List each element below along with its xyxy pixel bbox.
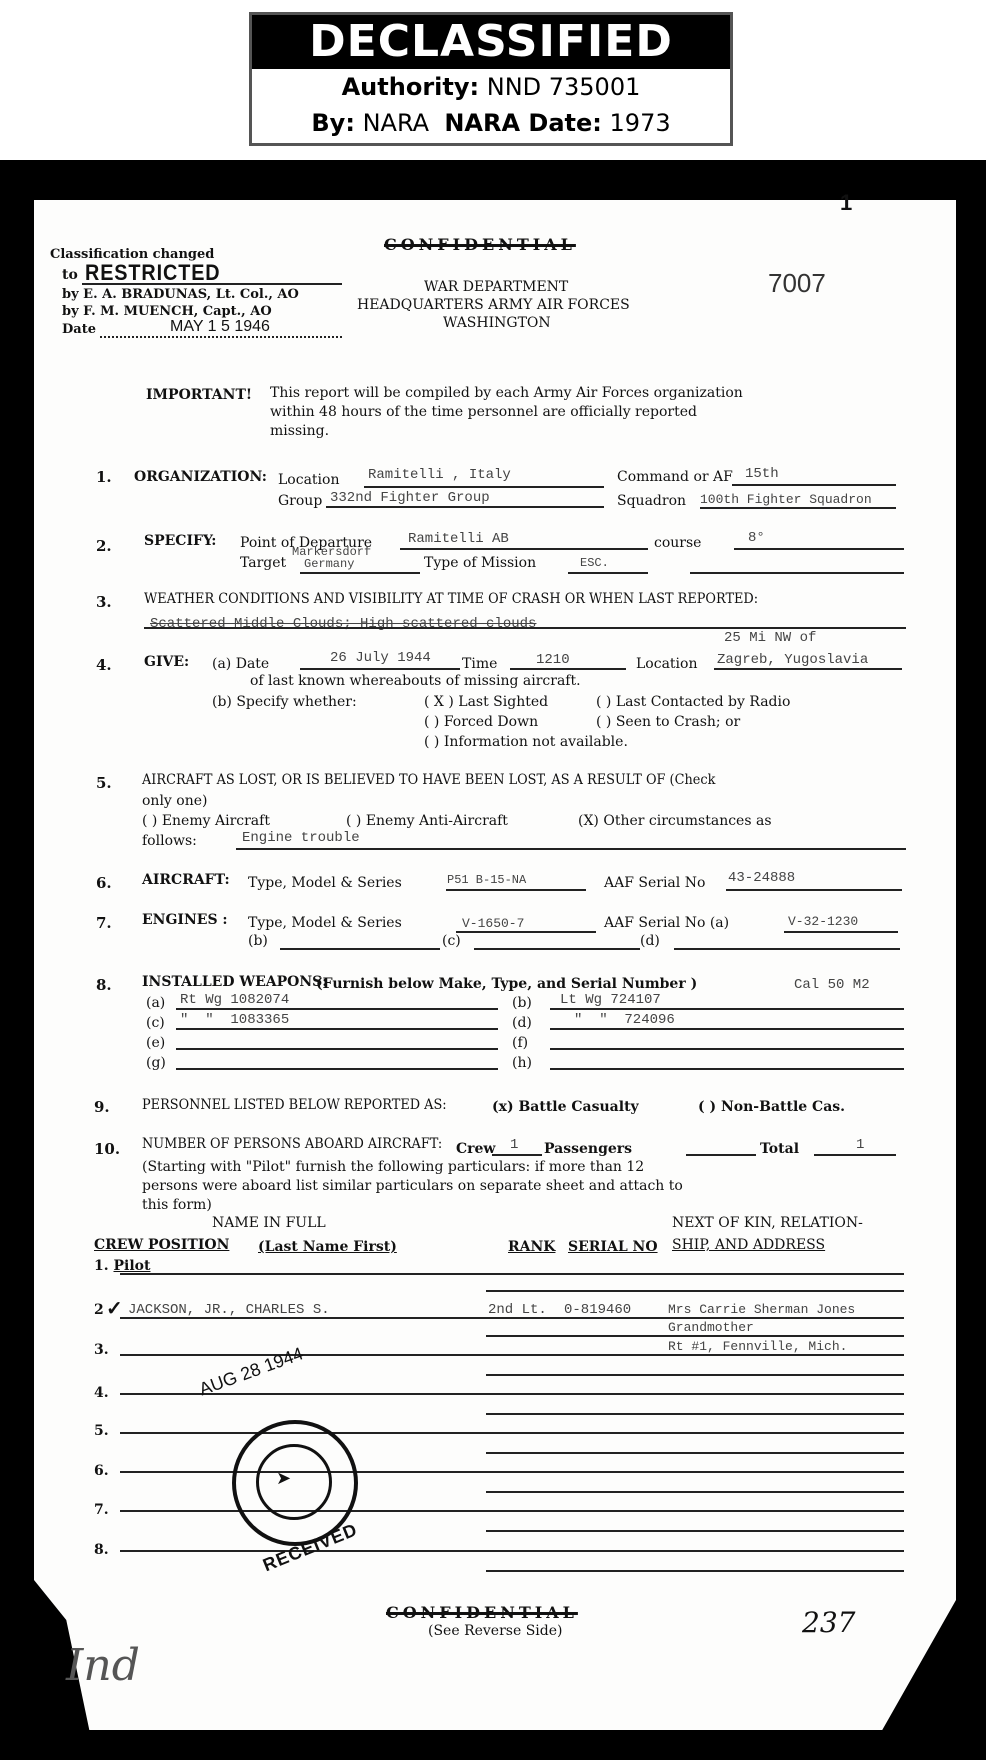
section-3-label: WEATHER CONDITIONS AND VISIBILITY AT TIM… xyxy=(144,590,758,608)
engine-type-field: V-1650-7 xyxy=(462,916,524,931)
section-5-label: AIRCRAFT AS LOST, OR IS BELIEVED TO HAVE… xyxy=(142,771,715,789)
corner-mark: 1 xyxy=(840,190,852,216)
section-5-number: 5. xyxy=(96,774,112,792)
opt-seen-crash[interactable]: ( ) Seen to Crash; or xyxy=(596,713,740,731)
crew-row-6-number: 6. xyxy=(94,1462,109,1480)
reclass-by1: by E. A. BRADUNAS, Lt. Col., AO xyxy=(62,286,299,304)
important-text-3: missing. xyxy=(270,422,329,440)
whereabouts-text: of last known whereabouts of missing air… xyxy=(250,672,581,690)
weapon-slot-a: (a) xyxy=(146,994,165,1012)
header-kin-top: NEXT OF KIN, RELATION- xyxy=(672,1214,863,1232)
weapon-slot-f: (f) xyxy=(512,1034,528,1052)
reclass-date-label: Date xyxy=(62,321,96,339)
target-label: Target xyxy=(240,554,286,572)
weapon-slot-h: (h) xyxy=(512,1054,532,1072)
weapons-instruction: (Furnish below Make, Type, and Serial Nu… xyxy=(316,975,697,993)
weapon-slot-g: (g) xyxy=(146,1054,166,1072)
crew-row-2-kin: Mrs Carrie Sherman Jones xyxy=(668,1302,855,1317)
section-1-number: 1. xyxy=(96,468,112,486)
crew-row-2-kin-address: Rt #1, Fennville, Mich. xyxy=(668,1339,847,1354)
crew-row-7-number: 7. xyxy=(94,1501,109,1519)
course-label: course xyxy=(654,534,701,552)
important-text-1: This report will be compiled by each Arm… xyxy=(270,384,743,402)
section-10-number: 10. xyxy=(94,1140,120,1158)
important-label: IMPORTANT! xyxy=(146,386,252,404)
command-label: Command or AF xyxy=(617,468,733,486)
engine-c-label: (c) xyxy=(442,932,461,950)
crew-label: Crew xyxy=(456,1140,495,1158)
header-kin: SHIP, AND ADDRESS xyxy=(672,1236,825,1254)
weapon-b-field: Lt Wg 724107 xyxy=(560,992,661,1008)
course-field: 8° xyxy=(748,530,765,546)
follows-label: follows: xyxy=(142,832,197,850)
engine-d-label: (d) xyxy=(640,932,660,950)
section-10-instr-3: this form) xyxy=(142,1196,212,1214)
crew-row-2-number: 2 xyxy=(94,1301,104,1319)
section-4-number: 4. xyxy=(96,656,112,674)
weapon-slot-b: (b) xyxy=(512,994,532,1012)
section-7-label: ENGINES : xyxy=(142,911,228,929)
declassified-stamp: DECLASSIFIED Authority: NND 735001 By: N… xyxy=(249,12,733,146)
weapons-caliber: Cal 50 M2 xyxy=(794,977,870,993)
group-field: 332nd Fighter Group xyxy=(330,490,490,506)
dept-name: WAR DEPARTMENT xyxy=(424,278,568,296)
authority-label: Authority: xyxy=(342,73,479,101)
weapon-c-field: " " 1083365 xyxy=(180,1012,289,1028)
total-field: 1 xyxy=(856,1137,864,1153)
report-number: 7007 xyxy=(768,268,826,299)
opt-info-not-available[interactable]: ( ) Information not available. xyxy=(424,733,628,751)
section-9-label: PERSONNEL LISTED BELOW REPORTED AS: xyxy=(142,1096,447,1114)
date-label: (a) Date xyxy=(212,655,269,673)
weapon-slot-e: (e) xyxy=(146,1034,165,1052)
opt-non-battle-cas[interactable]: ( ) Non-Battle Cas. xyxy=(698,1098,845,1116)
departure-field: Ramitelli AB xyxy=(408,531,509,547)
aircraft-serial-label: AAF Serial No xyxy=(604,874,705,892)
time-field: 1210 xyxy=(536,652,570,668)
target-field: Germany xyxy=(304,557,354,571)
weapon-slot-d: (d) xyxy=(512,1014,532,1032)
squadron-label: Squadron xyxy=(617,492,686,510)
opt-other-circumstances[interactable]: (X) Other circumstances as xyxy=(578,812,772,830)
nara-date-value: 1973 xyxy=(610,109,671,137)
classification-bottom: CONFIDENTIAL xyxy=(386,1604,578,1622)
clock-inner-ring xyxy=(256,1444,332,1520)
crew-field: 1 xyxy=(510,1137,518,1153)
crew-row-8-number: 8. xyxy=(94,1541,109,1559)
handwritten-initials: Ind xyxy=(66,1640,140,1691)
weapon-slot-c: (c) xyxy=(146,1014,165,1032)
command-field: 15th xyxy=(745,466,779,482)
time-label: Time xyxy=(462,655,497,673)
squadron-field: 100th Fighter Squadron xyxy=(700,492,872,507)
section-6-number: 6. xyxy=(96,874,112,892)
aircraft-type-label: Type, Model & Series xyxy=(248,874,402,892)
opt-last-contacted[interactable]: ( ) Last Contacted by Radio xyxy=(596,693,790,711)
classification-confidential: CONFIDENTIAL xyxy=(384,236,576,254)
location-note: 25 Mi NW of xyxy=(724,630,816,646)
section-2-number: 2. xyxy=(96,537,112,555)
header-name-top: NAME IN FULL xyxy=(212,1214,326,1232)
authority-line: Authority: NND 735001 xyxy=(252,69,730,105)
mission-label: Type of Mission xyxy=(424,554,536,572)
important-text-2: within 48 hours of the time personnel ar… xyxy=(270,403,697,421)
section-4-label: GIVE: xyxy=(144,653,189,671)
authority-value: NND 735001 xyxy=(487,73,641,101)
header-crew-position: CREW POSITION xyxy=(94,1236,229,1254)
page-number: 237 xyxy=(802,1606,855,1639)
section-10-instr-1: (Starting with "Pilot" furnish the follo… xyxy=(142,1158,644,1176)
reclass-date-value: MAY 1 5 1946 xyxy=(170,318,270,336)
weather-field: Scattered Middle Clouds; High scattered … xyxy=(150,616,536,632)
document-page xyxy=(34,200,956,1730)
section-5-label-2: only one) xyxy=(142,792,207,810)
mission-field: ESC. xyxy=(580,556,609,570)
section-10-label: NUMBER OF PERSONS ABOARD AIRCRAFT: xyxy=(142,1135,442,1153)
follows-field: Engine trouble xyxy=(242,830,360,846)
location-field: Ramitelli , Italy xyxy=(368,467,511,483)
clock-hand-icon: ➤ xyxy=(276,1468,291,1489)
aircraft-serial-field: 43-24888 xyxy=(728,870,795,886)
section-3-number: 3. xyxy=(96,593,112,611)
crew-row-2-serial: 0-819460 xyxy=(564,1302,631,1318)
location4-label: Location xyxy=(636,655,697,673)
crew-row-2-name: JACKSON, JR., CHARLES S. xyxy=(128,1302,330,1318)
engine-serial-a-field: V-32-1230 xyxy=(788,914,858,929)
by-line: By: NARA NARA Date: 1973 xyxy=(252,105,730,141)
location4-field: Zagreb, Yugoslavia xyxy=(717,652,868,668)
crew-row-3-number: 3. xyxy=(94,1341,109,1359)
aircraft-type-field: P51 B-15-NA xyxy=(447,873,526,887)
see-reverse-note: (See Reverse Side) xyxy=(428,1622,562,1640)
crew-row-2-rank: 2nd Lt. xyxy=(488,1302,547,1318)
date-field: 26 July 1944 xyxy=(330,650,431,666)
reclass-to-label: to xyxy=(62,266,78,284)
by-label: By: xyxy=(311,109,355,137)
engine-type-label: Type, Model & Series xyxy=(248,914,402,932)
opt-enemy-anti-aircraft[interactable]: ( ) Enemy Anti-Aircraft xyxy=(346,812,508,830)
section-1-label: ORGANIZATION: xyxy=(134,468,267,486)
section-7-number: 7. xyxy=(96,914,112,932)
opt-enemy-aircraft[interactable]: ( ) Enemy Aircraft xyxy=(142,812,270,830)
nara-date-label: NARA Date: xyxy=(444,109,602,137)
declassified-title: DECLASSIFIED xyxy=(252,15,730,69)
crew-row-5-number: 5. xyxy=(94,1422,109,1440)
opt-battle-casualty[interactable]: (x) Battle Casualty xyxy=(492,1098,639,1116)
section-10-instr-2: persons were aboard list similar particu… xyxy=(142,1177,683,1195)
engine-serial-label: AAF Serial No (a) xyxy=(604,914,729,932)
header-serial: SERIAL NO xyxy=(568,1238,658,1256)
city-name: WASHINGTON xyxy=(443,314,551,332)
weapon-d-field: " " 724096 xyxy=(574,1012,675,1028)
total-label: Total xyxy=(760,1140,799,1158)
passengers-label: Passengers xyxy=(544,1140,632,1158)
crew-row-2-kin-relation: Grandmother xyxy=(668,1320,754,1335)
engine-b-label: (b) xyxy=(248,932,268,950)
section-9-number: 9. xyxy=(94,1098,110,1116)
opt-last-sighted[interactable]: ( X ) Last Sighted xyxy=(424,693,548,711)
opt-forced-down[interactable]: ( ) Forced Down xyxy=(424,713,538,731)
section-6-label: AIRCRAFT: xyxy=(142,871,230,889)
section-2-label: SPECIFY: xyxy=(144,532,216,550)
location-label: Location xyxy=(278,471,339,489)
header-rank: RANK xyxy=(508,1238,555,1256)
section-8-number: 8. xyxy=(96,976,112,994)
specify-whether-label: (b) Specify whether: xyxy=(212,693,357,711)
section-8-label: INSTALLED WEAPONS: xyxy=(142,973,327,991)
crew-row-4-number: 4. xyxy=(94,1384,109,1402)
header-name: (Last Name First) xyxy=(258,1238,397,1256)
by-value: NARA xyxy=(363,109,430,137)
group-label: Group xyxy=(278,492,322,510)
weapon-a-field: Rt Wg 1082074 xyxy=(180,992,289,1008)
hq-name: HEADQUARTERS ARMY AIR FORCES xyxy=(357,296,630,314)
